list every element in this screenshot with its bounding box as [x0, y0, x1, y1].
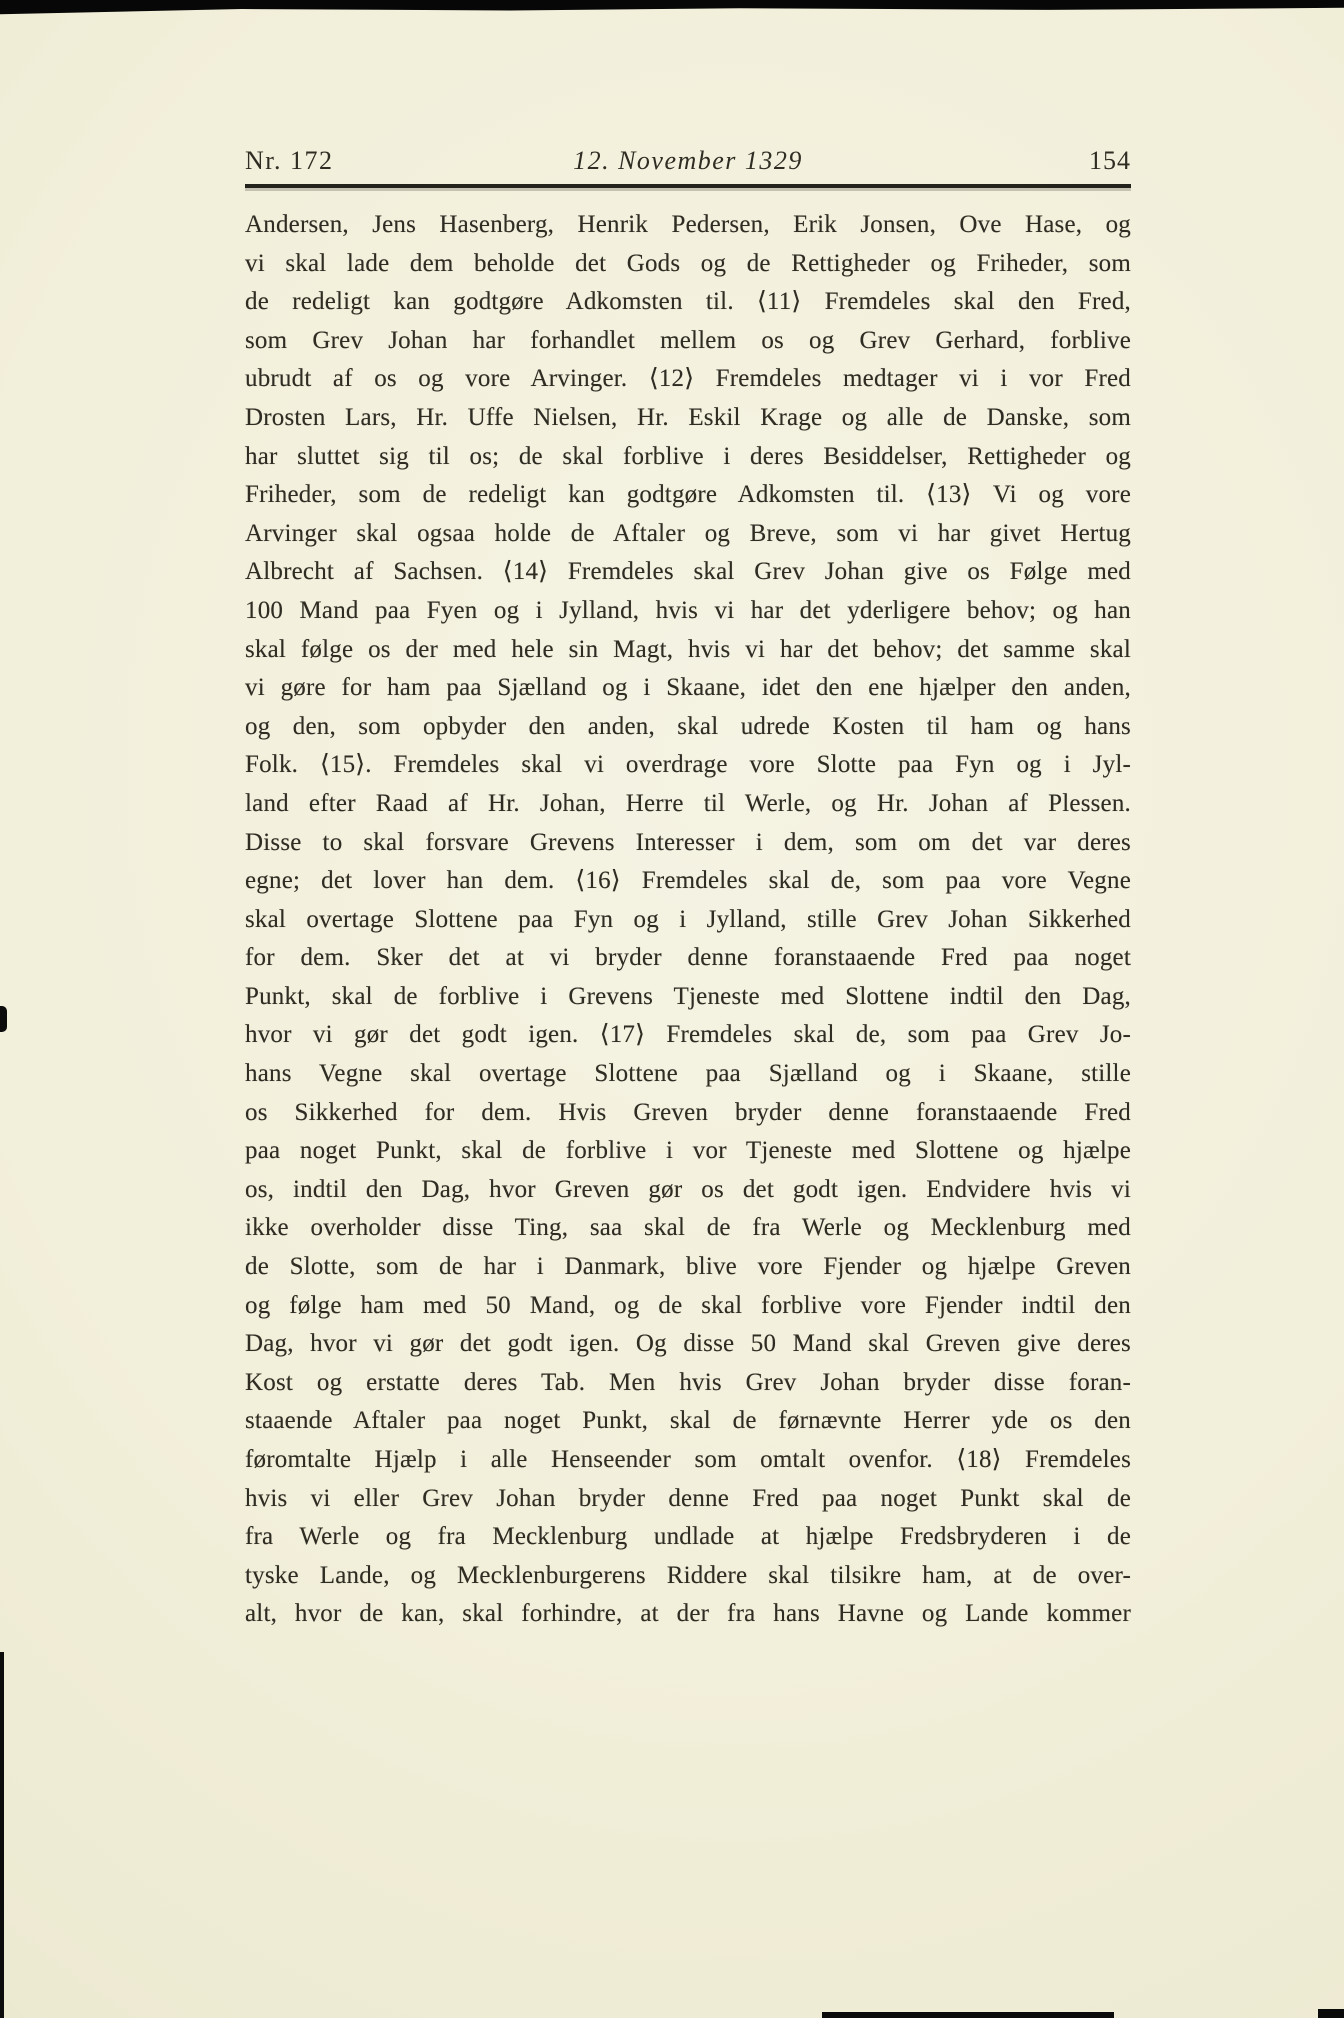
text-line: paa noget Punkt, skal de forblive i vor … — [245, 1132, 1131, 1171]
text-line: de Slotte, som de har i Danmark, blive v… — [245, 1248, 1131, 1287]
text-line: Punkt, skal de forblive i Grevens Tjenes… — [245, 978, 1131, 1017]
document-body: Andersen, Jens Hasenberg, Henrik Pederse… — [245, 206, 1131, 1634]
text-line: skal overtage Slottene paa Fyn og i Jyll… — [245, 901, 1131, 940]
header-rule — [245, 184, 1131, 188]
text-line: Folk. ⟨15⟩. Fremdeles skal vi overdrage … — [245, 746, 1131, 785]
page-number: 154 — [1089, 146, 1131, 176]
scan-mark-left-notch — [0, 1006, 7, 1032]
text-line: Dag, hvor vi gør det godt igen. Og disse… — [245, 1325, 1131, 1364]
text-line: Disse to skal forsvare Grevens Interesse… — [245, 824, 1131, 863]
scan-edge-left — [0, 1652, 4, 2018]
text-line: hvor vi gør det godt igen. ⟨17⟩ Fremdele… — [245, 1016, 1131, 1055]
text-line: vi gøre for ham paa Sjælland og i Skaane… — [245, 669, 1131, 708]
text-line: tyske Lande, og Mecklenburgerens Riddere… — [245, 1557, 1131, 1596]
text-line: vi skal lade dem beholde det Gods og de … — [245, 245, 1131, 284]
scan-mark-bottom-center — [822, 2012, 1114, 2018]
text-line: Andersen, Jens Hasenberg, Henrik Pederse… — [245, 206, 1131, 245]
text-line: for dem. Sker det at vi bryder denne for… — [245, 939, 1131, 978]
text-line: land efter Raad af Hr. Johan, Herre til … — [245, 785, 1131, 824]
text-line: staaende Aftaler paa noget Punkt, skal d… — [245, 1402, 1131, 1441]
page-header: Nr. 172 12. November 1329 154 — [245, 144, 1131, 178]
text-line: Kost og erstatte deres Tab. Men hvis Gre… — [245, 1364, 1131, 1403]
text-line: os Sikkerhed for dem. Hvis Greven bryder… — [245, 1094, 1131, 1133]
text-line: fra Werle og fra Mecklenburg undlade at … — [245, 1518, 1131, 1557]
text-line: som Grev Johan har forhandlet mellem os … — [245, 322, 1131, 361]
text-line: ubrudt af os og vore Arvinger. ⟨12⟩ Frem… — [245, 360, 1131, 399]
text-line: og den, som opbyder den anden, skal udre… — [245, 708, 1131, 747]
text-line: hans Vegne skal overtage Slottene paa Sj… — [245, 1055, 1131, 1094]
text-line: skal følge os der med hele sin Magt, hvi… — [245, 631, 1131, 670]
text-line: Albrecht af Sachsen. ⟨14⟩ Fremdeles skal… — [245, 553, 1131, 592]
book-page: Nr. 172 12. November 1329 154 Andersen, … — [0, 0, 1344, 2018]
text-line: alt, hvor de kan, skal forhindre, at der… — [245, 1595, 1131, 1634]
text-line: ikke overholder disse Ting, saa skal de … — [245, 1209, 1131, 1248]
text-line: egne; det lover han dem. ⟨16⟩ Fremdeles … — [245, 862, 1131, 901]
scan-mark-bottom-right — [1318, 2009, 1344, 2018]
text-line: Friheder, som de redeligt kan godtgøre A… — [245, 476, 1131, 515]
text-line: har sluttet sig til os; de skal forblive… — [245, 438, 1131, 477]
text-line: Drosten Lars, Hr. Uffe Nielsen, Hr. Eski… — [245, 399, 1131, 438]
text-line: Arvinger skal ogsaa holde de Aftaler og … — [245, 515, 1131, 554]
scan-edge-top — [0, 0, 1344, 15]
date-heading: 12. November 1329 — [245, 146, 1131, 176]
text-line: føromtalte Hjælp i alle Henseender som o… — [245, 1441, 1131, 1480]
text-line: 100 Mand paa Fyen og i Jylland, hvis vi … — [245, 592, 1131, 631]
text-line: og følge ham med 50 Mand, og de skal for… — [245, 1287, 1131, 1326]
text-line: hvis vi eller Grev Johan bryder denne Fr… — [245, 1480, 1131, 1519]
text-line: de redeligt kan godtgøre Adkomsten til. … — [245, 283, 1131, 322]
text-line: os, indtil den Dag, hvor Greven gør os d… — [245, 1171, 1131, 1210]
